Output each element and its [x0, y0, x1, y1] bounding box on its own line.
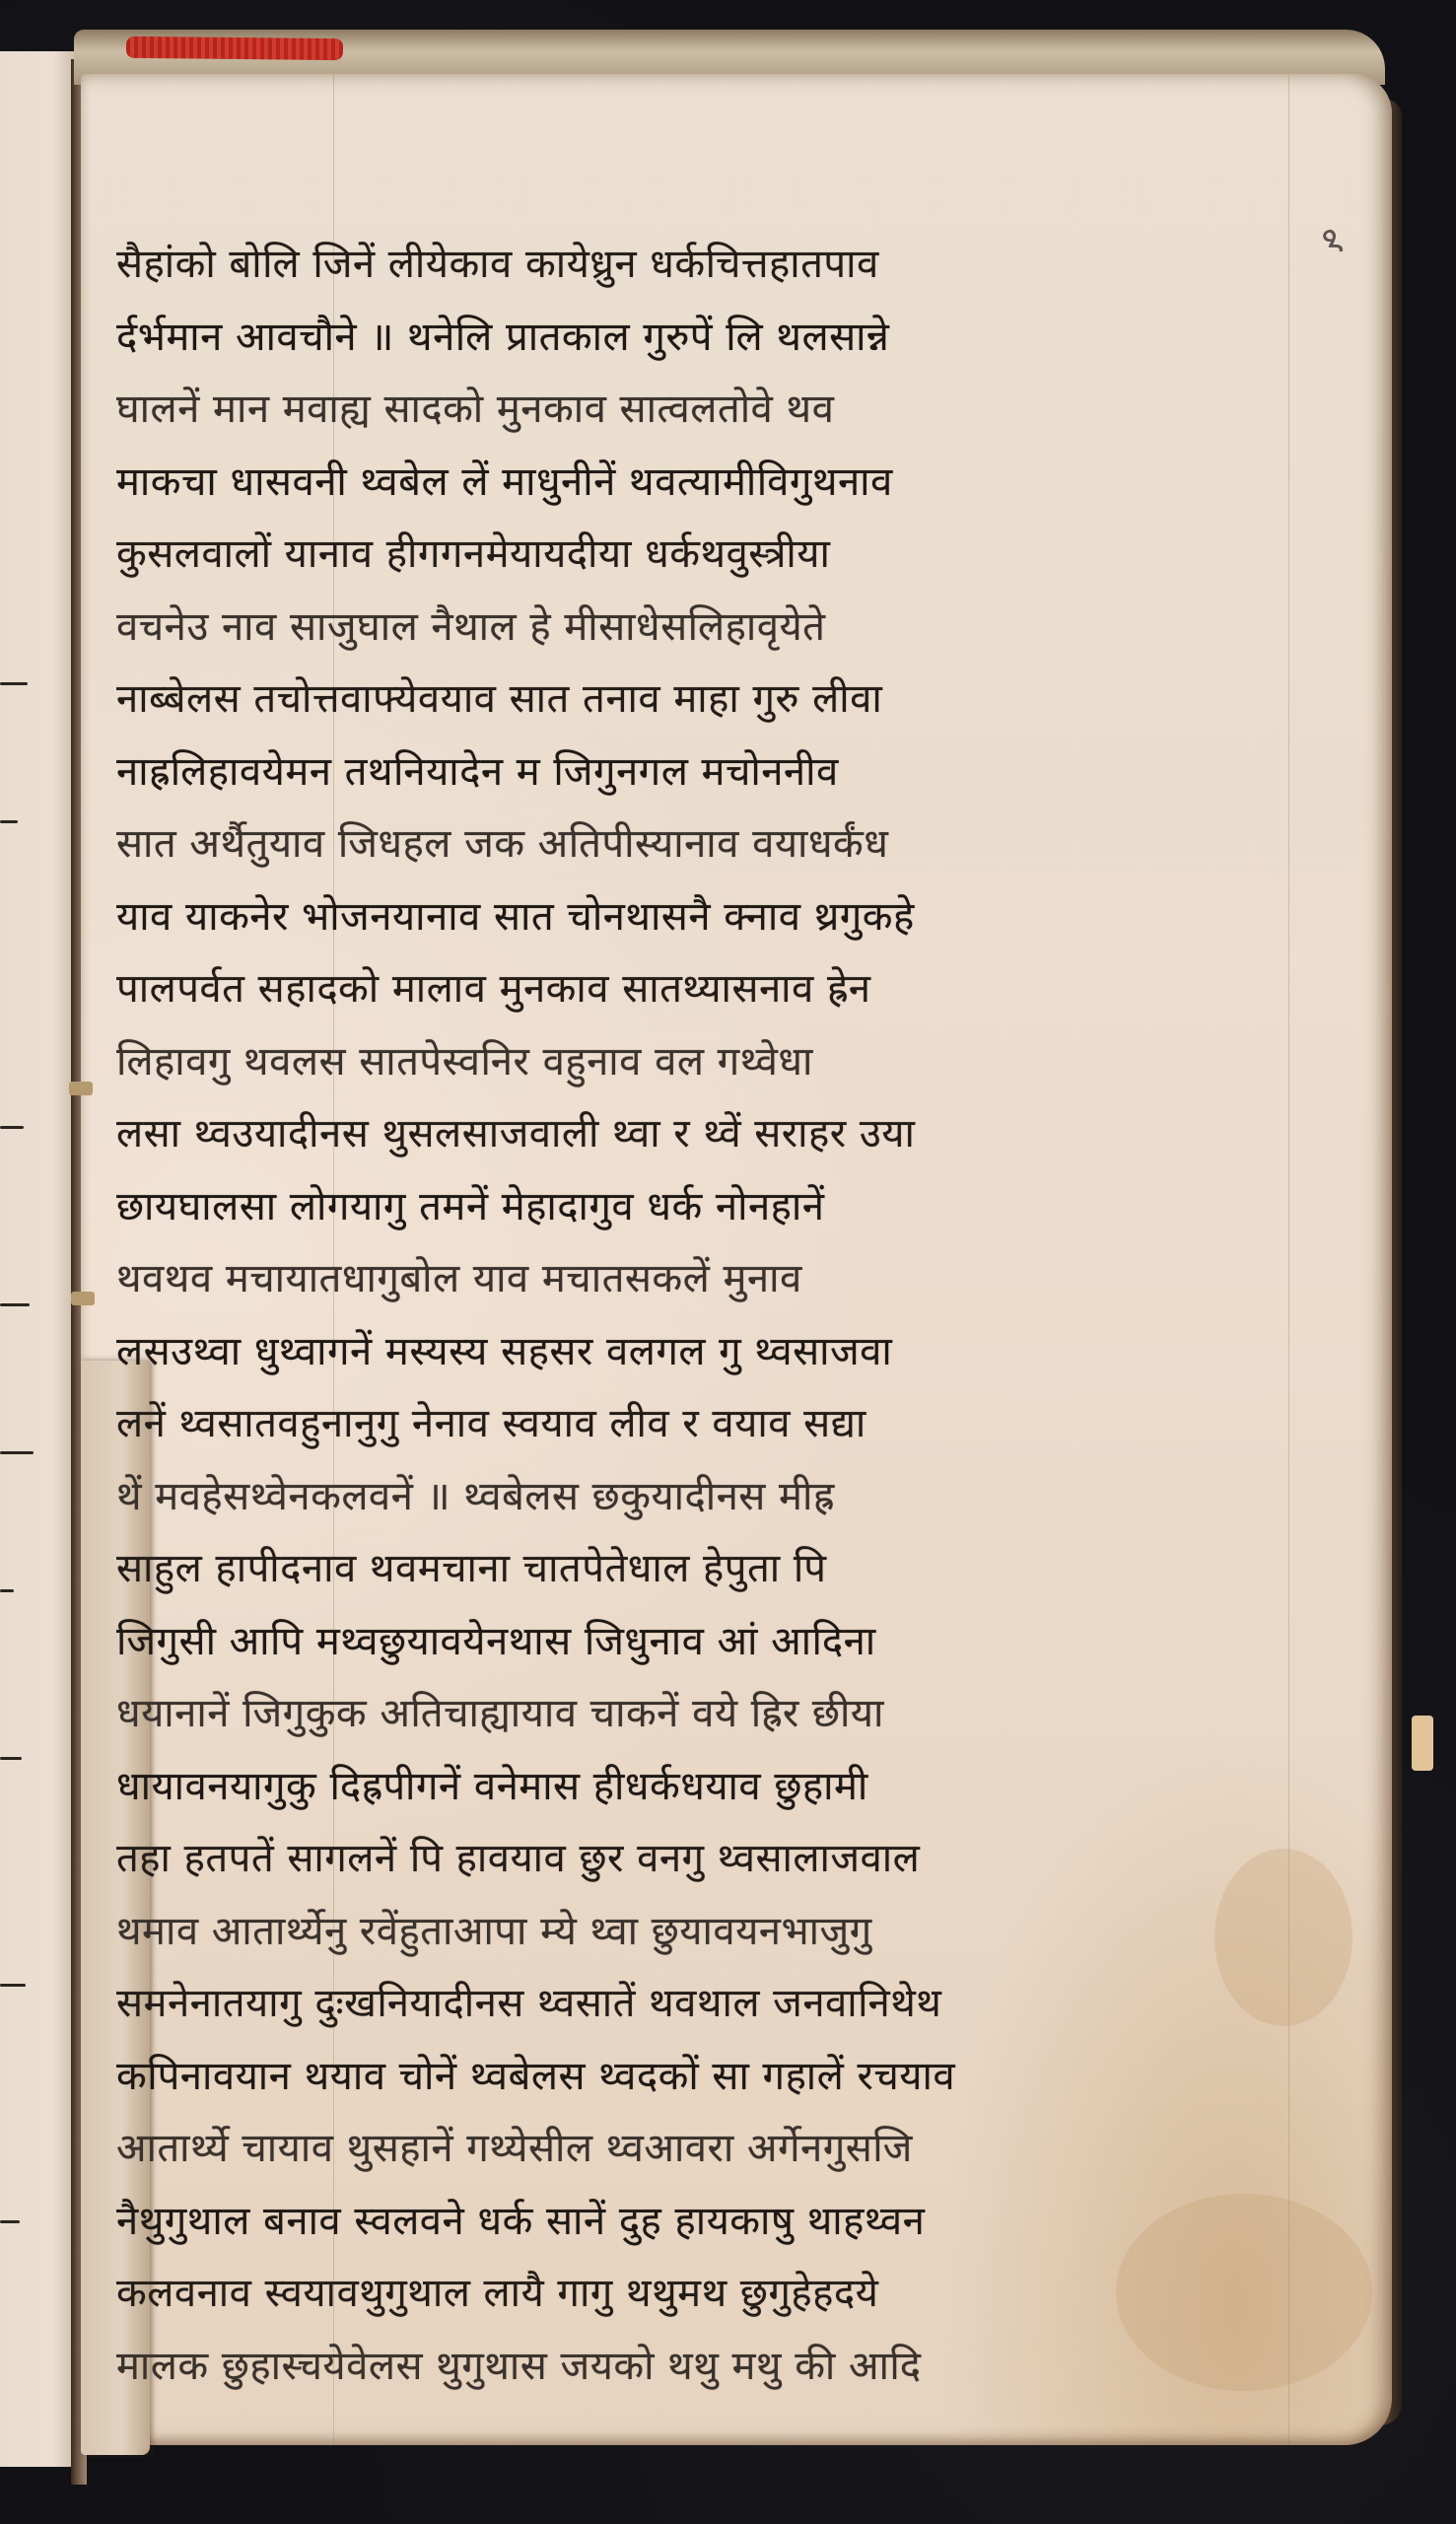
manuscript-line: थवथव मचायातधागुबोल याव मचातसकलें मुनाव	[116, 1243, 1349, 1316]
manuscript-line: कुसलवालों यानाव हीगगनमेयायदीया धर्कथवुस्…	[116, 519, 1349, 592]
manuscript-line: सात अर्थैतुयाव जिधहल जक अतिपीस्यानाव वया…	[116, 808, 1349, 881]
manuscript-line: समनेनातयागु दुःखनियादीनस थ्वसातें थवथाल …	[116, 1968, 1349, 2041]
manuscript-line: लसउथ्वा धुथ्वागनें मस्यस्य सहसर वलगल गु …	[116, 1316, 1349, 1389]
manuscript-line: साहुल हापीदनाव थवमचाना चातपेतेधाल हेपुता…	[116, 1533, 1349, 1606]
manuscript-line: धयानानें जिगुकुक अतिचाह्यायाव चाकनें वये…	[116, 1678, 1349, 1751]
manuscript-line: लनें थ्वसातवहुनानुगु नेनाव स्वयाव लीव र …	[116, 1388, 1349, 1461]
manuscript-line: याव याकनेर भोजनयानाव सात चोनथासनै क्नाव …	[116, 881, 1349, 954]
manuscript-line: नैथुगुथाल बनाव स्वलवने धर्क सानें दुह हा…	[116, 2186, 1349, 2259]
manuscript-line: नाब्बेलस तचोत्तवाफ्येवयाव सात तनाव माहा …	[116, 664, 1349, 736]
manuscript-line: कलवनाव स्वयावथुगुथाल लायै गागु थथुमथ छुग…	[116, 2258, 1349, 2331]
red-binding-thread	[126, 36, 343, 60]
binding-stitch	[71, 1292, 95, 1305]
manuscript-line: तहा हतपतें सागलनें पि हावयाव छुर वनगु थ्…	[116, 1823, 1349, 1896]
manuscript-line: पालपर्वत सहादको मालाव मुनकाव सातथ्यासनाव…	[116, 953, 1349, 1026]
left-page-ink-mark	[0, 682, 28, 685]
left-page-ink-mark	[0, 1303, 30, 1306]
manuscript-line: लिहावगु थवलस सातपेस्वनिर वहुनाव वल गथ्वे…	[116, 1026, 1349, 1099]
manuscript-line: र्दर्भमान आवचौने ॥ थनेलि प्रातकाल गुरुपे…	[116, 302, 1349, 375]
manuscript-line: माकचा धासवनी थ्वबेल लें माधुनीनें थवत्या…	[116, 447, 1349, 520]
left-page-fragment	[0, 51, 77, 2467]
manuscript-text: सैहांको बोलि जिनें लीयेकाव कायेध्रुन धर्…	[116, 229, 1349, 2403]
manuscript-line: मालक छुहास्चयेवेलस थुगुथास जयको थथु मथु …	[116, 2331, 1349, 2404]
manuscript-line: थमाव आतार्थ्येनु रवेंहुताआपा म्ये थ्वा छ…	[116, 1896, 1349, 1969]
binding-stitch	[69, 1082, 93, 1095]
manuscript-line: वचनेउ नाव साजुघाल नैथाल हे मीसाधेसलिहावृ…	[116, 592, 1349, 665]
manuscript-line: जिगुसी आपि मथ्वछुयावयेनथास जिधुनाव आं आद…	[116, 1606, 1349, 1679]
manuscript-line: आतार्थ्ये चायाव थुसहानें गथ्येसील थ्वआवर…	[116, 2113, 1349, 2186]
page-tab-flap	[1412, 1716, 1433, 1771]
manuscript-line: धायावनयागुकु दिह्रपीगनें वनेमास हीधर्कधय…	[116, 1751, 1349, 1824]
manuscript-line: कपिनावयान थयाव चोनें थ्वबेलस थ्वदकों सा …	[116, 2041, 1349, 2114]
manuscript-line: थें मवहेसथ्वेनकलवनें ॥ थ्वबेलस छकुयादीनस…	[116, 1461, 1349, 1534]
manuscript-line: छायघालसा लोगयागु तमनें मेहादागुव धर्क नो…	[116, 1171, 1349, 1244]
left-page-ink-mark	[0, 2220, 20, 2223]
left-page-ink-mark	[0, 1451, 34, 1454]
manuscript-line: घालनें मान मवाह्य सादको मुनकाव सात्वलतोव…	[116, 374, 1349, 447]
left-page-ink-mark	[0, 1984, 26, 1987]
manuscript-line: सैहांको बोलि जिनें लीयेकाव कायेध्रुन धर्…	[116, 229, 1349, 302]
left-page-ink-mark	[0, 1589, 14, 1592]
manuscript-line: नाह्रलिहावयेमन तथनियादेन म जिगुनगल मचोनन…	[116, 736, 1349, 809]
left-page-ink-mark	[0, 1757, 22, 1760]
left-page-ink-mark	[0, 820, 18, 823]
left-page-ink-mark	[0, 1126, 24, 1129]
manuscript-line: लसा थ्वउयादीनस थुसलसाजवाली थ्वा र थ्वें …	[116, 1098, 1349, 1171]
